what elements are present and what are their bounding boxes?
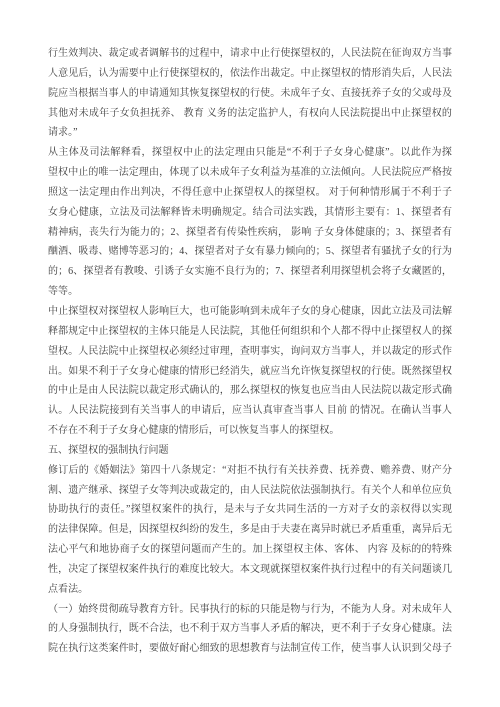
- paragraph-enforcement-law: 修订后的《婚姻法》第四十八条规定：“对拒不执行有关扶养费、抚养费、赡养费、财产分…: [48, 461, 452, 600]
- section-heading-enforcement: 五、探望权的强制执行问题: [48, 441, 452, 461]
- text-line: 的；6、探望者有教唆、引诱子女实施不良行为的；7、探望者利用探望机会将子女藏匿的…: [48, 262, 452, 282]
- paragraph-court-authority: 中止探望权对探望权人影响巨大，也可能影响到未成年子女的身心健康，因此立法及司法解…: [48, 302, 452, 441]
- text-line: 不存在不利于子女身心健康的情形后，可以恢复当事人的探望权。: [48, 421, 452, 441]
- text-line: 割、遗产继承、探望子女等判决或裁定的，由人民法院依法强制执行。有关个人和单位应负: [48, 481, 452, 501]
- text-line: 女身心健康，立法及司法解释皆未明确规定。结合司法实践，其情形主要有：1、探望者有: [48, 203, 452, 223]
- text-line: 请求。”: [48, 123, 452, 143]
- text-line: 精神病，丧失行为能力的；2、探望者有传染性疾病， 影响 子女身体健康的；3、探望…: [48, 223, 452, 243]
- paragraph-guidance-education: （一）始终贯彻疏导教育方针。民事执行的标的只能是物与行为，不能为人身。对未成年人…: [48, 600, 452, 660]
- text-line: 修订后的《婚姻法》第四十八条规定：“对拒不执行有关扶养费、抚养费、赡养费、财产分: [48, 461, 452, 481]
- paragraph-suspension-request: 行生效判决、裁定或者调解书的过程中，请求中止行使探望权的，人民法院在征询双方当事…: [48, 44, 452, 143]
- text-line: 院在执行这类案件时，要做好耐心细致的思想教育与法制宣传工作，使当事人认识到父母子: [48, 639, 452, 659]
- text-line: 释都规定中止探望权的主体只能是人民法院，其他任何组织和个人都不得中止探望权人的探: [48, 322, 452, 342]
- text-line: 性，决定了探望权案件执行的难度比较大。本文现就探望权案件执行过程中的有关问题谈几: [48, 560, 452, 580]
- text-line: 照这一法定理由作出判决，不得任意中止探望权人的探望权。 对于何种情形属于不利于子: [48, 183, 452, 203]
- document-body: 行生效判决、裁定或者调解书的过程中，请求中止行使探望权的，人民法院在征询双方当事…: [48, 44, 452, 659]
- text-line: 行生效判决、裁定或者调解书的过程中，请求中止行使探望权的，人民法院在征询双方当事: [48, 44, 452, 64]
- text-line: 认。人民法院接到有关当事人的申请后，应当认真审查当事人 目前 的情况。在确认当事…: [48, 401, 452, 421]
- text-line: 协助执行的责任。”探望权案件的执行，是未与子女共同生活的一方对子女的亲权得以实现: [48, 500, 452, 520]
- text-line: （一）始终贯彻疏导教育方针。民事执行的标的只能是物与行为，不能为人身。对未成年人: [48, 600, 452, 620]
- text-line: 等等。: [48, 282, 452, 302]
- text-line: 其他对未成年子女负担抚养、 教育 义务的法定监护人，有权向人民法院提出中止探望权…: [48, 104, 452, 124]
- text-line: 从主体及司法解释看，探望权中止的法定理由只能是“不利于子女身心健康”。以此作为探: [48, 143, 452, 163]
- text-line: 出。如果不利于子女身心健康的情形已经消失，就应当允许恢复探望权的行使。既然探望权: [48, 362, 452, 382]
- text-line: 望权。人民法院中止探望权必须经过审理，查明事实，询问双方当事人，并以裁定的形式作: [48, 342, 452, 362]
- text-line: 人意见后，认为需要中止行使探望权的，依法作出裁定。中止探望权的情形消失后，人民法: [48, 64, 452, 84]
- text-line: 的人身强制执行，既不合法，也不利于双方当事人矛盾的解决，更不利于子女身心健康。法: [48, 619, 452, 639]
- text-line: 五、探望权的强制执行问题: [48, 441, 452, 461]
- text-line: 的中止是由人民法院以裁定形式确认的，那么探望权的恢复也应当由人民法院以裁定形式确: [48, 381, 452, 401]
- text-line: 院应当根据当事人的申请通知其恢复探望权的行使。未成年子女、直接抚养子女的父或母及: [48, 84, 452, 104]
- text-line: 的法律保障。但是，因探望权纠纷的发生，多是由于夫妻在离异时就已矛盾重重，离异后无: [48, 520, 452, 540]
- text-line: 法心平气和地协商子女的探望问题而产生的。加上探望权主体、客体、 内容 及标的的特…: [48, 540, 452, 560]
- document-page: 行生效判决、裁定或者调解书的过程中，请求中止行使探望权的，人民法院在征询双方当事…: [0, 0, 500, 707]
- text-line: 点看法。: [48, 580, 452, 600]
- paragraph-statutory-grounds: 从主体及司法解释看，探望权中止的法定理由只能是“不利于子女身心健康”。以此作为探…: [48, 143, 452, 302]
- text-line: 酗酒、吸毒、赌博等恶习的；4、探望者对子女有暴力倾向的；5、探望者有骚扰子女的行…: [48, 242, 452, 262]
- text-line: 望权中止的唯一法定理由，体现了以未成年子女利益为基准的立法倾向。人民法院应严格按: [48, 163, 452, 183]
- text-line: 中止探望权对探望权人影响巨大，也可能影响到未成年子女的身心健康，因此立法及司法解: [48, 302, 452, 322]
